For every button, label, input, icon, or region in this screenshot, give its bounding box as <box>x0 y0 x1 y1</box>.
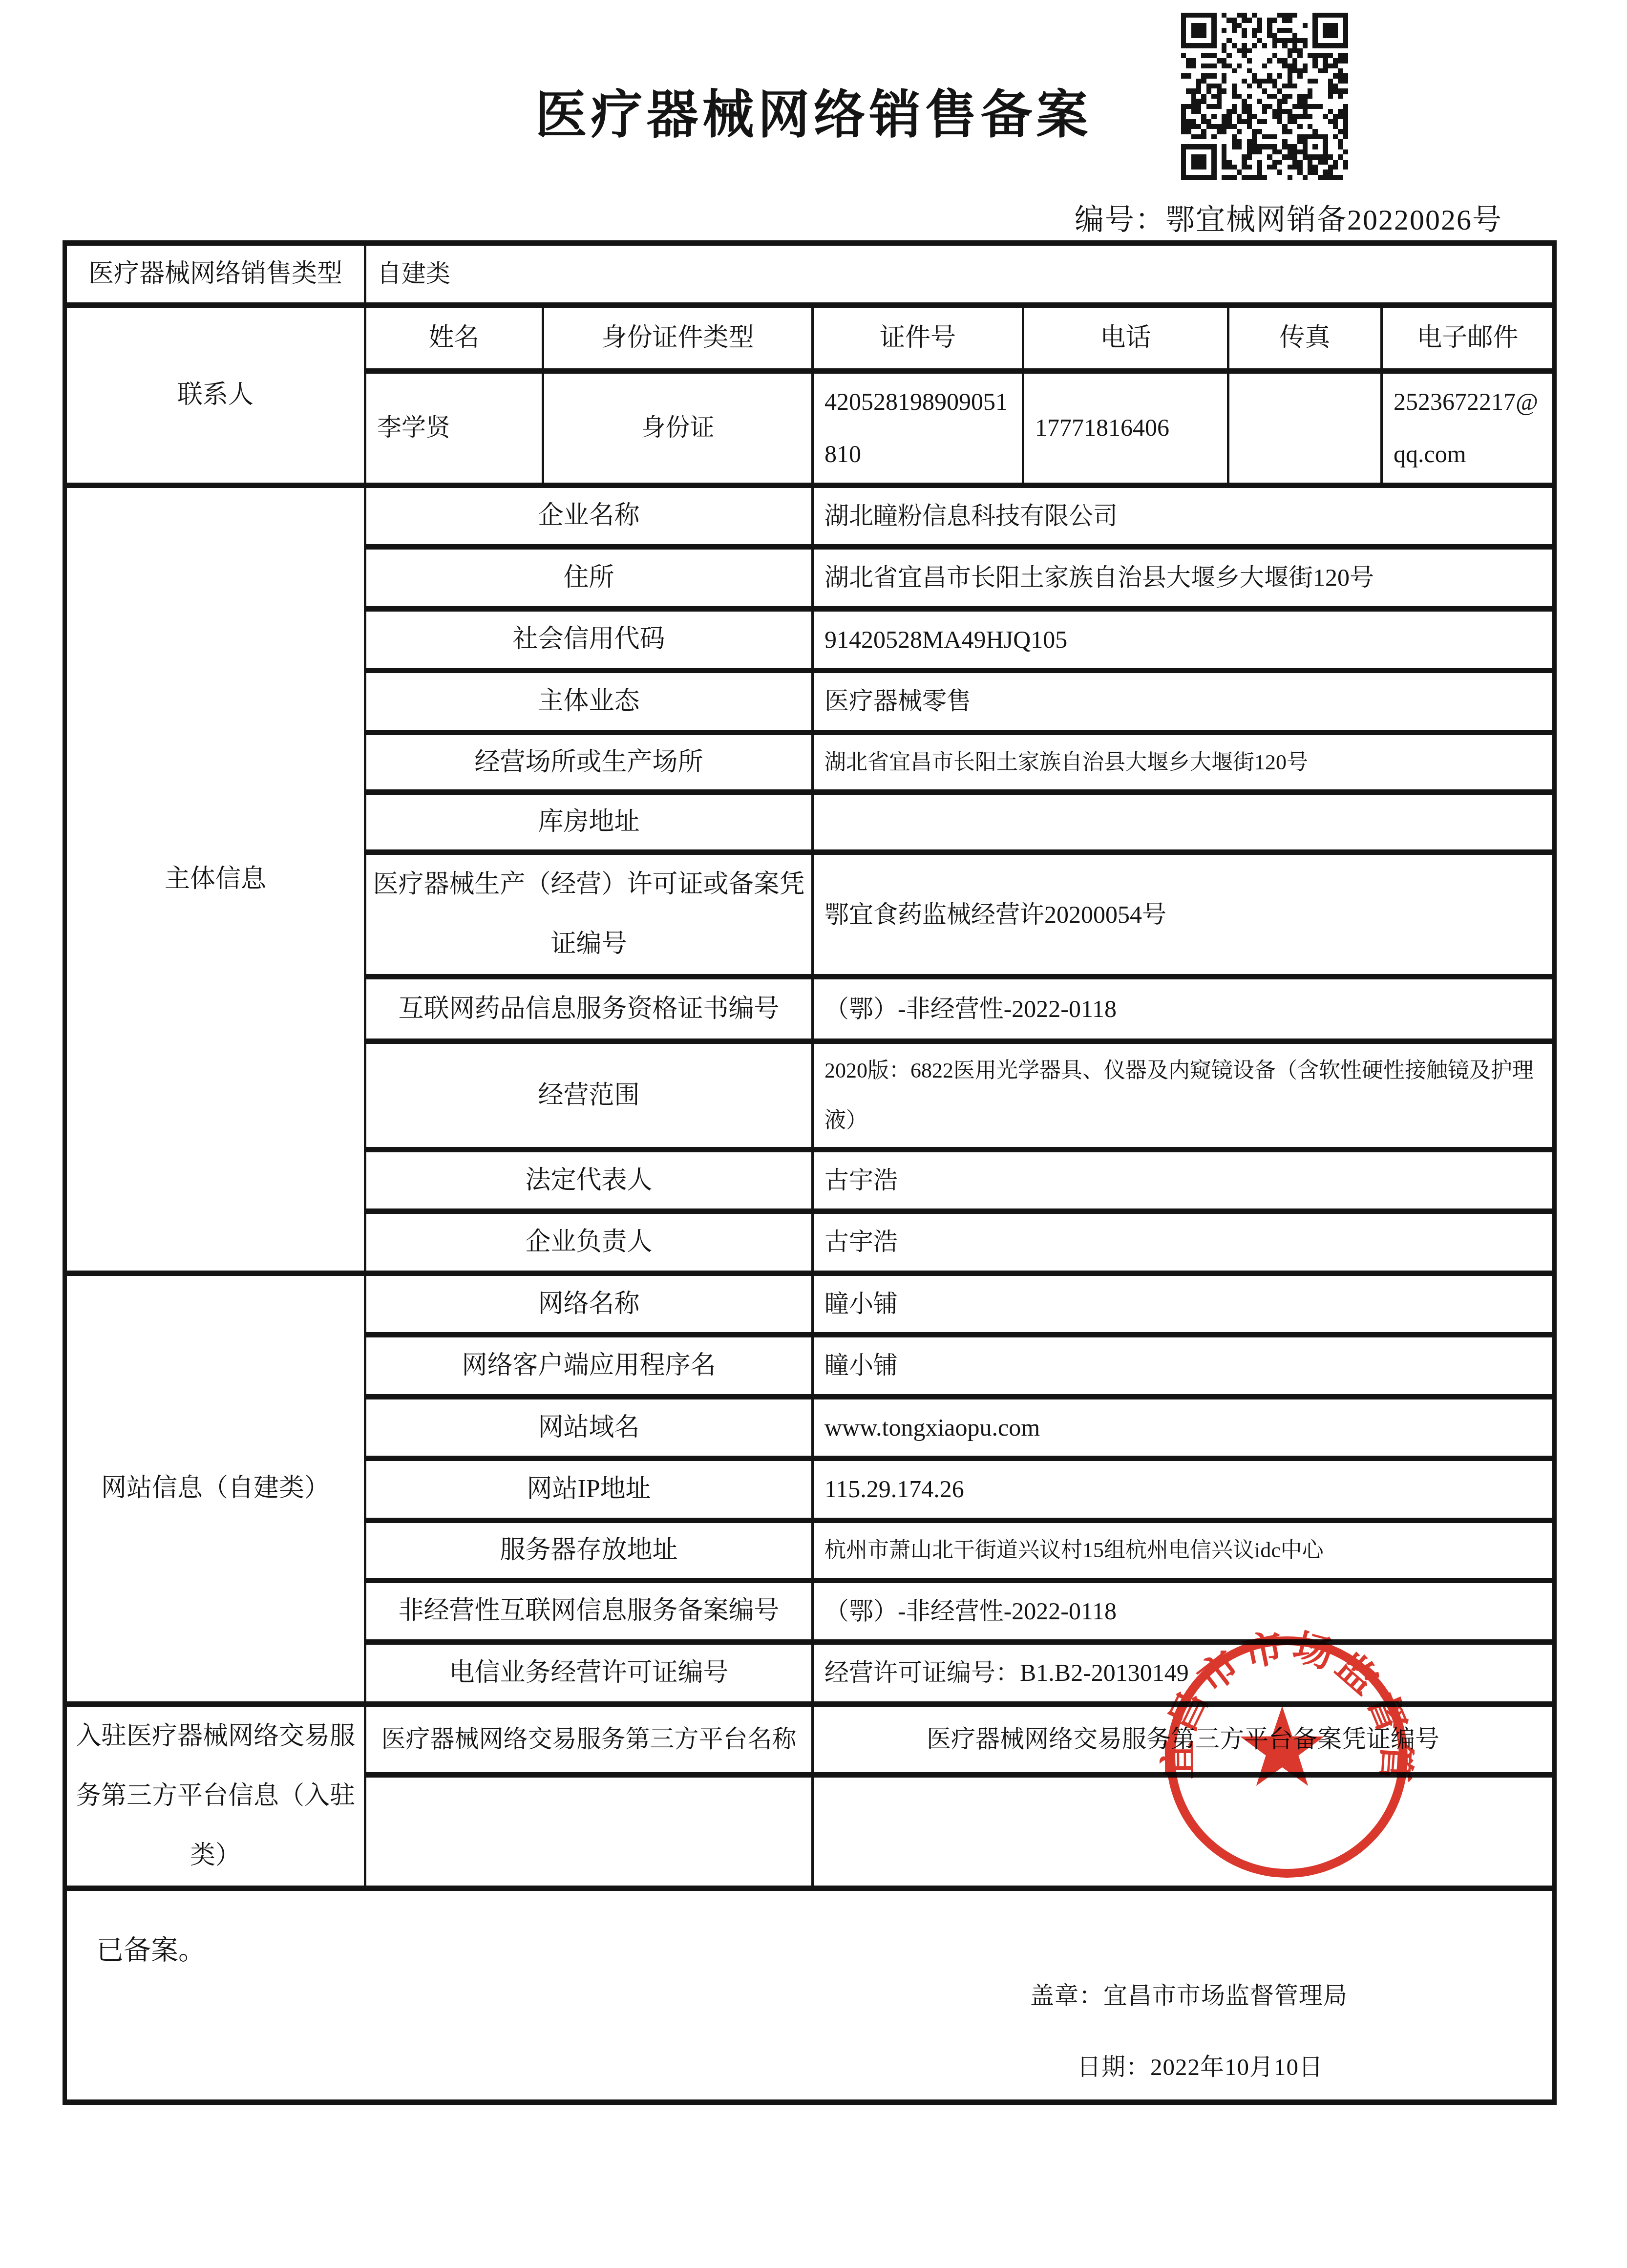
field-value: 湖北省宜昌市长阳土家族自治县大堰乡大堰街120号 <box>813 547 1555 609</box>
field-value <box>813 1775 1555 1888</box>
table-row: 医疗器械网络销售类型 自建类 <box>65 243 1555 305</box>
field-label: 社会信用代码 <box>365 609 813 671</box>
qr-code-container <box>1181 13 1348 180</box>
field-value: 瞳小铺 <box>813 1335 1555 1397</box>
filing-date: 日期：2022年10月10日 <box>1077 2041 1323 2093</box>
page-title: 医疗器械网络销售备案 <box>0 73 1627 148</box>
certificate-page: 医疗器械网络销售备案 编号：鄂宜械网销备20220026号 医疗器械网络销售类型… <box>0 0 1627 2268</box>
certificate-table: 医疗器械网络销售类型 自建类 联系人 姓名 身份证件类型 证件号 电话 传真 电… <box>63 240 1557 2105</box>
section-label-third-party: 入驻医疗器械网络交易服务第三方平台信息（入驻类） <box>65 1704 365 1888</box>
column-header: 身份证件类型 <box>543 305 813 371</box>
field-value: 鄂宜食药监械经营许20200054号 <box>813 852 1555 977</box>
table-row: 已备案。 盖章：宜昌市市场监督管理局 日期：2022年10月10日 <box>65 1888 1555 2102</box>
column-header: 电话 <box>1023 305 1228 371</box>
section-label-website: 网站信息（自建类） <box>65 1273 365 1704</box>
field-value: 17771816406 <box>1023 371 1228 485</box>
field-value: 115.29.174.26 <box>813 1459 1555 1521</box>
field-value: 湖北瞳粉信息科技有限公司 <box>813 485 1555 547</box>
seal-authority-line: 盖章：宜昌市市场监督管理局 <box>1030 1970 1348 2021</box>
field-label: 法定代表人 <box>365 1149 813 1211</box>
field-value: www.tongxiaopu.com <box>813 1397 1555 1459</box>
field-value: 2020版：6822医用光学器具、仪器及内窥镜设备（含软性硬性接触镜及护理液） <box>813 1041 1555 1149</box>
table-row: 网站信息（自建类） 网络名称 瞳小铺 <box>65 1273 1555 1335</box>
field-value: 古宇浩 <box>813 1149 1555 1211</box>
field-value: 李学贤 <box>365 371 543 485</box>
field-value: 身份证 <box>543 371 813 485</box>
field-label: 经营范围 <box>365 1041 813 1149</box>
field-label: 互联网药品信息服务资格证书编号 <box>365 977 813 1041</box>
field-label: 经营场所或生产场所 <box>365 732 813 792</box>
table-row: 主体信息 企业名称 湖北瞳粉信息科技有限公司 <box>65 485 1555 547</box>
column-header: 传真 <box>1228 305 1382 371</box>
column-header: 姓名 <box>365 305 543 371</box>
field-value: 2523672217@qq.com <box>1382 371 1555 485</box>
field-label: 企业负责人 <box>365 1211 813 1273</box>
table-row: 联系人 姓名 身份证件类型 证件号 电话 传真 电子邮件 <box>65 305 1555 371</box>
field-label: 企业名称 <box>365 485 813 547</box>
field-value: 医疗器械零售 <box>813 671 1555 733</box>
field-label: 医疗器械生产（经营）许可证或备案凭证编号 <box>365 852 813 977</box>
field-label: 网站域名 <box>365 1397 813 1459</box>
column-header: 证件号 <box>813 305 1023 371</box>
field-value: 瞳小铺 <box>813 1273 1555 1335</box>
field-label: 住所 <box>365 547 813 609</box>
section-label-contact: 联系人 <box>65 305 365 485</box>
section-label-subject: 主体信息 <box>65 485 365 1273</box>
filing-status: 已备案。 <box>96 1921 206 1980</box>
qr-code <box>1181 13 1348 180</box>
field-value: （鄂）-非经营性-2022-0118 <box>813 977 1555 1041</box>
field-label: 网络客户端应用程序名 <box>365 1335 813 1397</box>
field-value <box>1228 371 1382 485</box>
field-value: 91420528MA49HJQ105 <box>813 609 1555 671</box>
field-label: 库房地址 <box>365 792 813 852</box>
field-value: 古宇浩 <box>813 1211 1555 1273</box>
field-label: 服务器存放地址 <box>365 1520 813 1580</box>
field-value: 湖北省宜昌市长阳土家族自治县大堰乡大堰街120号 <box>813 732 1555 792</box>
field-label: 电信业务经营许可证编号 <box>365 1642 813 1704</box>
field-value: 自建类 <box>365 243 1555 305</box>
field-value: 杭州市萧山北干街道兴议村15组杭州电信兴议idc中心 <box>813 1520 1555 1580</box>
footer-cell: 已备案。 盖章：宜昌市市场监督管理局 日期：2022年10月10日 <box>65 1888 1555 2102</box>
column-header: 医疗器械网络交易服务第三方平台名称 <box>365 1704 813 1775</box>
field-value: 经营许可证编号：B1.B2-20130149 <box>813 1642 1555 1704</box>
field-value <box>365 1775 813 1888</box>
field-label: 网络名称 <box>365 1273 813 1335</box>
table-row: 入驻医疗器械网络交易服务第三方平台信息（入驻类） 医疗器械网络交易服务第三方平台… <box>65 1704 1555 1775</box>
field-value: 420528198909051810 <box>813 371 1023 485</box>
field-label: 医疗器械网络销售类型 <box>65 243 365 305</box>
field-value <box>813 792 1555 852</box>
column-header: 医疗器械网络交易服务第三方平台备案凭证编号 <box>813 1704 1555 1775</box>
field-value: （鄂）-非经营性-2022-0118 <box>813 1580 1555 1642</box>
field-label: 网站IP地址 <box>365 1459 813 1521</box>
document-number: 编号：鄂宜械网销备20220026号 <box>1075 196 1502 238</box>
field-label: 主体业态 <box>365 671 813 733</box>
column-header: 电子邮件 <box>1382 305 1555 371</box>
field-label: 非经营性互联网信息服务备案编号 <box>365 1580 813 1642</box>
